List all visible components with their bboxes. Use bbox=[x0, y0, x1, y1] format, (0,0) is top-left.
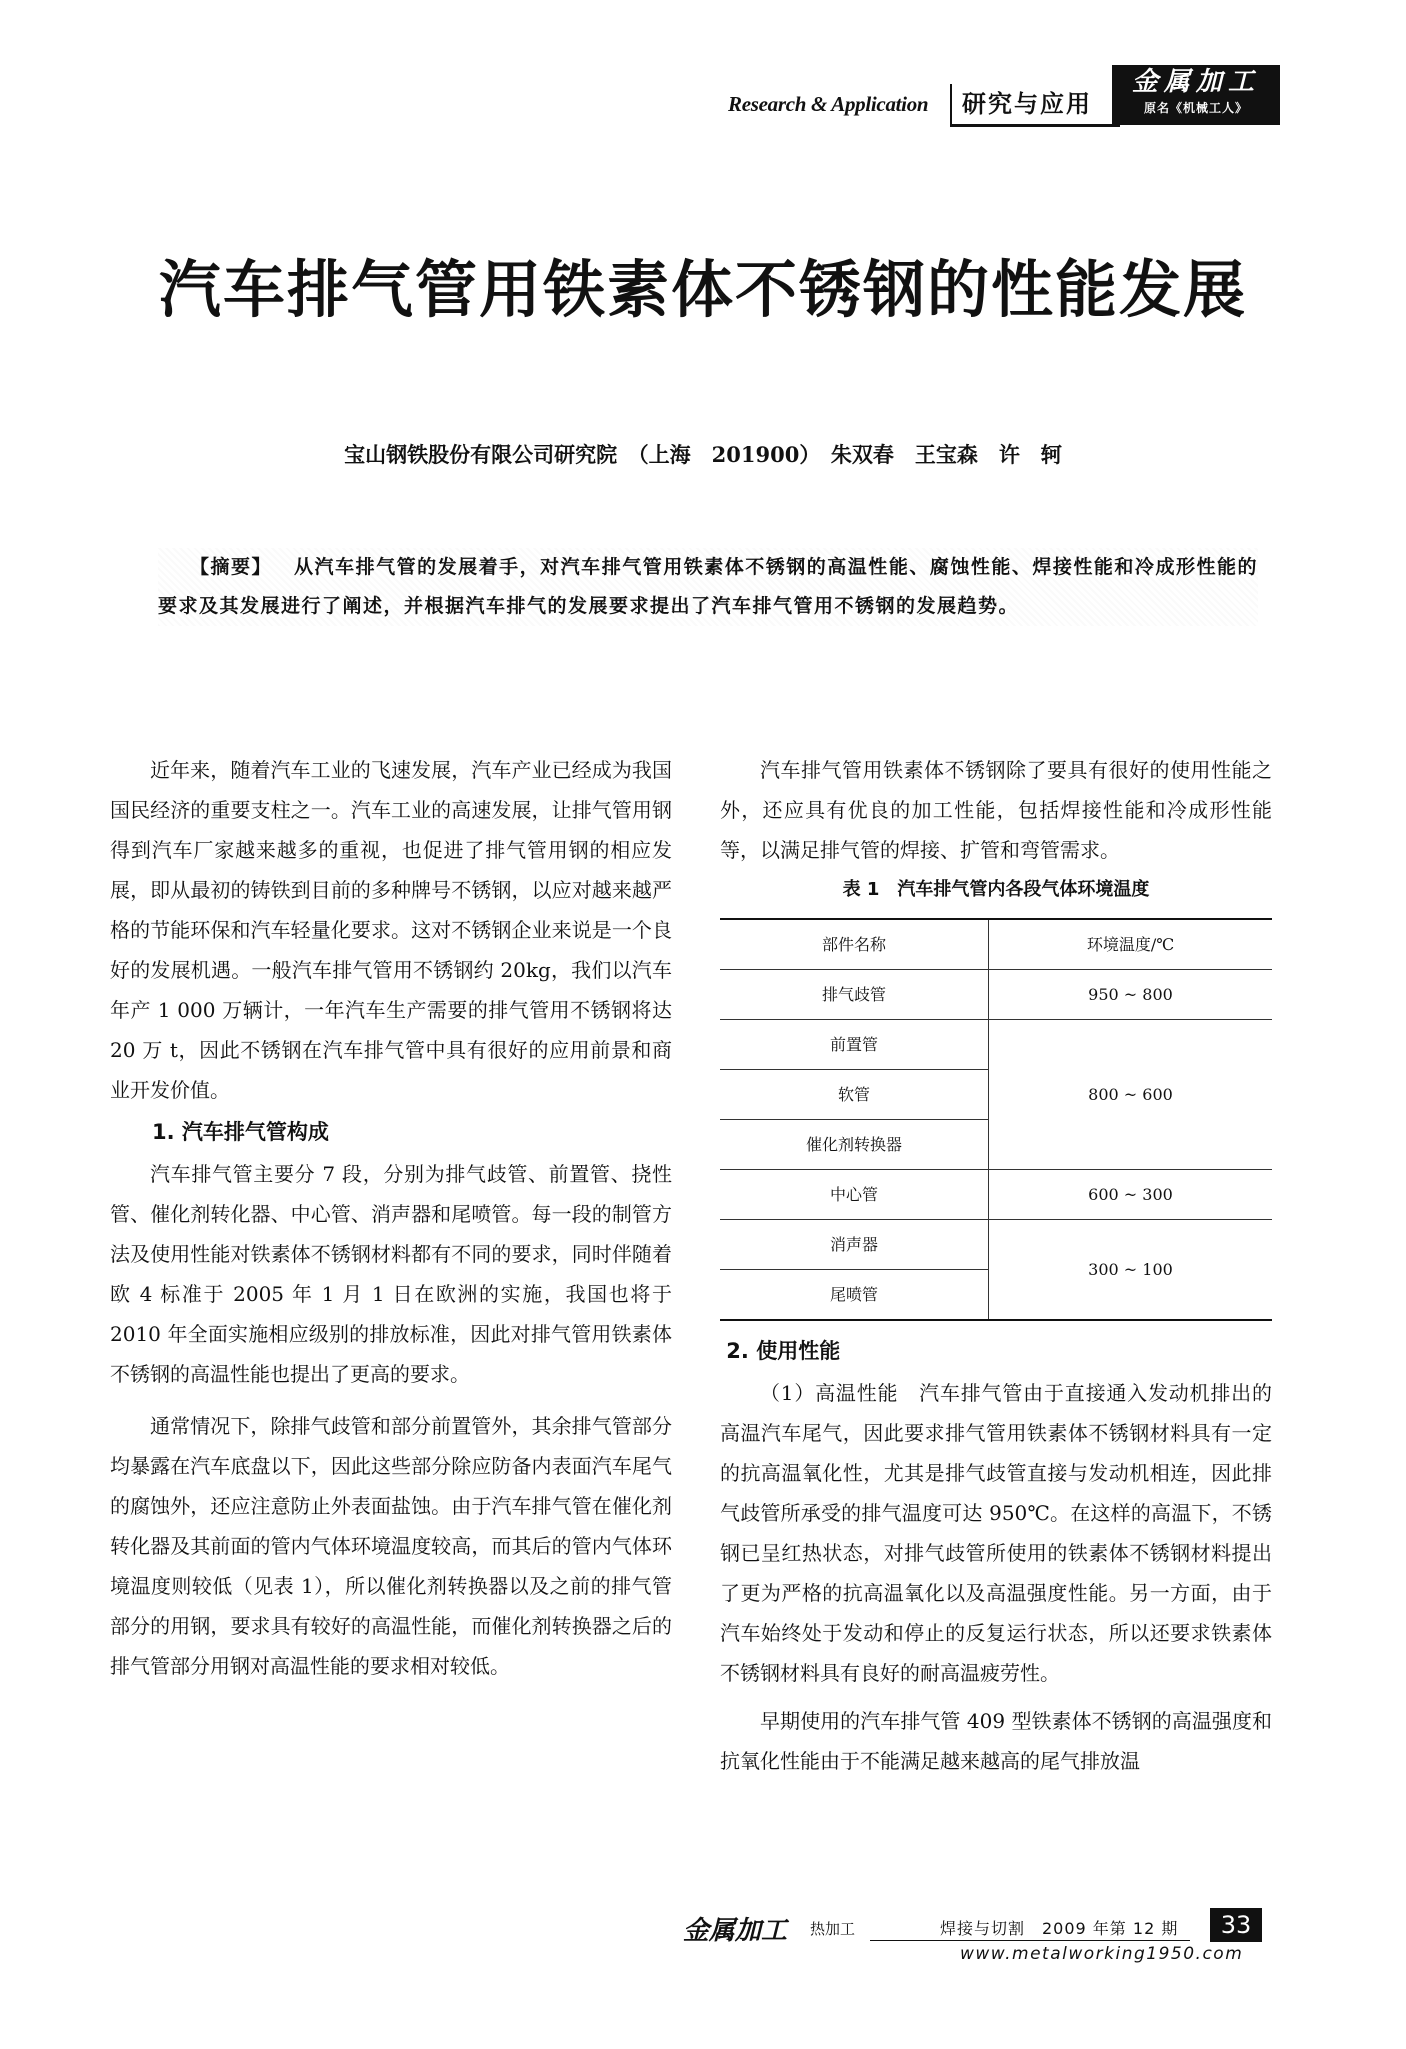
section-heading-1: 1. 汽车排气管构成 bbox=[110, 1110, 672, 1154]
table-cell-part: 软管 bbox=[720, 1070, 989, 1120]
footer-journal-sub: 热加工 bbox=[810, 1918, 855, 1939]
section1-paragraph-1: 汽车排气管主要分 7 段，分别为排气歧管、前置管、挠性管、催化剂转化器、中心管、… bbox=[110, 1154, 672, 1394]
left-column: 近年来，随着汽车工业的飞速发展，汽车产业已经成为我国国民经济的重要支柱之一。汽车… bbox=[110, 750, 672, 1686]
table-row: 排气歧管 950 ~ 800 bbox=[720, 970, 1272, 1020]
section2-paragraph-2: 早期使用的汽车排气管 409 型铁素体不锈钢的高温强度和抗氧化性能由于不能满足越… bbox=[720, 1701, 1272, 1781]
section1-paragraph-2: 通常情况下，除排气歧管和部分前置管外，其余排气管部分均暴露在汽车底盘以下，因此这… bbox=[110, 1406, 672, 1686]
table-row: 消声器 300 ~ 100 bbox=[720, 1220, 1272, 1270]
section-label-en: Research & Application bbox=[728, 92, 928, 117]
temperature-table: 部件名称 环境温度/℃ 排气歧管 950 ~ 800 前置管 800 ~ 600… bbox=[720, 918, 1272, 1321]
table-caption: 表 1 汽车排气管内各段气体环境温度 bbox=[720, 870, 1272, 910]
abstract-text: 从汽车排气管的发展着手，对汽车排气管用铁素体不锈钢的高温性能、腐蚀性能、焊接性能… bbox=[158, 556, 1258, 617]
table-cell-part: 催化剂转换器 bbox=[720, 1120, 989, 1170]
table-cell-part: 尾喷管 bbox=[720, 1270, 989, 1321]
table-cell-temp: 300 ~ 100 bbox=[989, 1220, 1273, 1321]
section2-paragraph-1: （1）高温性能 汽车排气管由于直接通入发动机排出的高温汽车尾气，因此要求排气管用… bbox=[720, 1373, 1272, 1693]
table-cell-part: 中心管 bbox=[720, 1170, 989, 1220]
section-label-cn: 研究与应用 bbox=[950, 84, 1120, 127]
footer-issue: 焊接与切割 2009 年第 12 期 bbox=[940, 1916, 1178, 1939]
table-row: 中心管 600 ~ 300 bbox=[720, 1170, 1272, 1220]
processing-paragraph: 汽车排气管用铁素体不锈钢除了要具有很好的使用性能之外，还应具有优良的加工性能，包… bbox=[720, 750, 1272, 870]
journal-former-name: 原名《机械工人》 bbox=[1112, 99, 1280, 117]
intro-paragraph: 近年来，随着汽车工业的飞速发展，汽车产业已经成为我国国民经济的重要支柱之一。汽车… bbox=[110, 750, 672, 1110]
footer-journal-logo: 金属加工 bbox=[683, 1910, 787, 1947]
footer-divider bbox=[870, 1940, 1190, 1941]
table-header-row: 部件名称 环境温度/℃ bbox=[720, 919, 1272, 970]
abstract-tag: 【摘要】 bbox=[190, 556, 272, 578]
journal-logo-badge: 金属加工 原名《机械工人》 bbox=[1112, 65, 1280, 125]
article-title: 汽车排气管用铁素体不锈钢的性能发展 bbox=[0, 250, 1406, 330]
footer-url: www.metalworking1950.com bbox=[960, 1944, 1243, 1964]
table-header: 环境温度/℃ bbox=[989, 919, 1273, 970]
table-cell-temp: 950 ~ 800 bbox=[989, 970, 1273, 1020]
table-cell-temp: 800 ~ 600 bbox=[989, 1020, 1273, 1170]
table-cell-part: 排气歧管 bbox=[720, 970, 989, 1020]
table-row: 前置管 800 ~ 600 bbox=[720, 1020, 1272, 1070]
table-cell-temp: 600 ~ 300 bbox=[989, 1170, 1273, 1220]
article-byline: 宝山钢铁股份有限公司研究院 （上海 201900） 朱双春 王宝森 许 轲 bbox=[0, 440, 1406, 470]
journal-logo-text: 金属加工 bbox=[1112, 65, 1280, 99]
table-cell-part: 消声器 bbox=[720, 1220, 989, 1270]
section-heading-2: 2. 使用性能 bbox=[720, 1329, 1272, 1373]
table-header: 部件名称 bbox=[720, 919, 989, 970]
right-column: 汽车排气管用铁素体不锈钢除了要具有很好的使用性能之外，还应具有优良的加工性能，包… bbox=[720, 750, 1272, 1781]
page-number: 33 bbox=[1210, 1908, 1262, 1942]
table-cell-part: 前置管 bbox=[720, 1020, 989, 1070]
abstract: 【摘要】从汽车排气管的发展着手，对汽车排气管用铁素体不锈钢的高温性能、腐蚀性能、… bbox=[158, 548, 1258, 626]
